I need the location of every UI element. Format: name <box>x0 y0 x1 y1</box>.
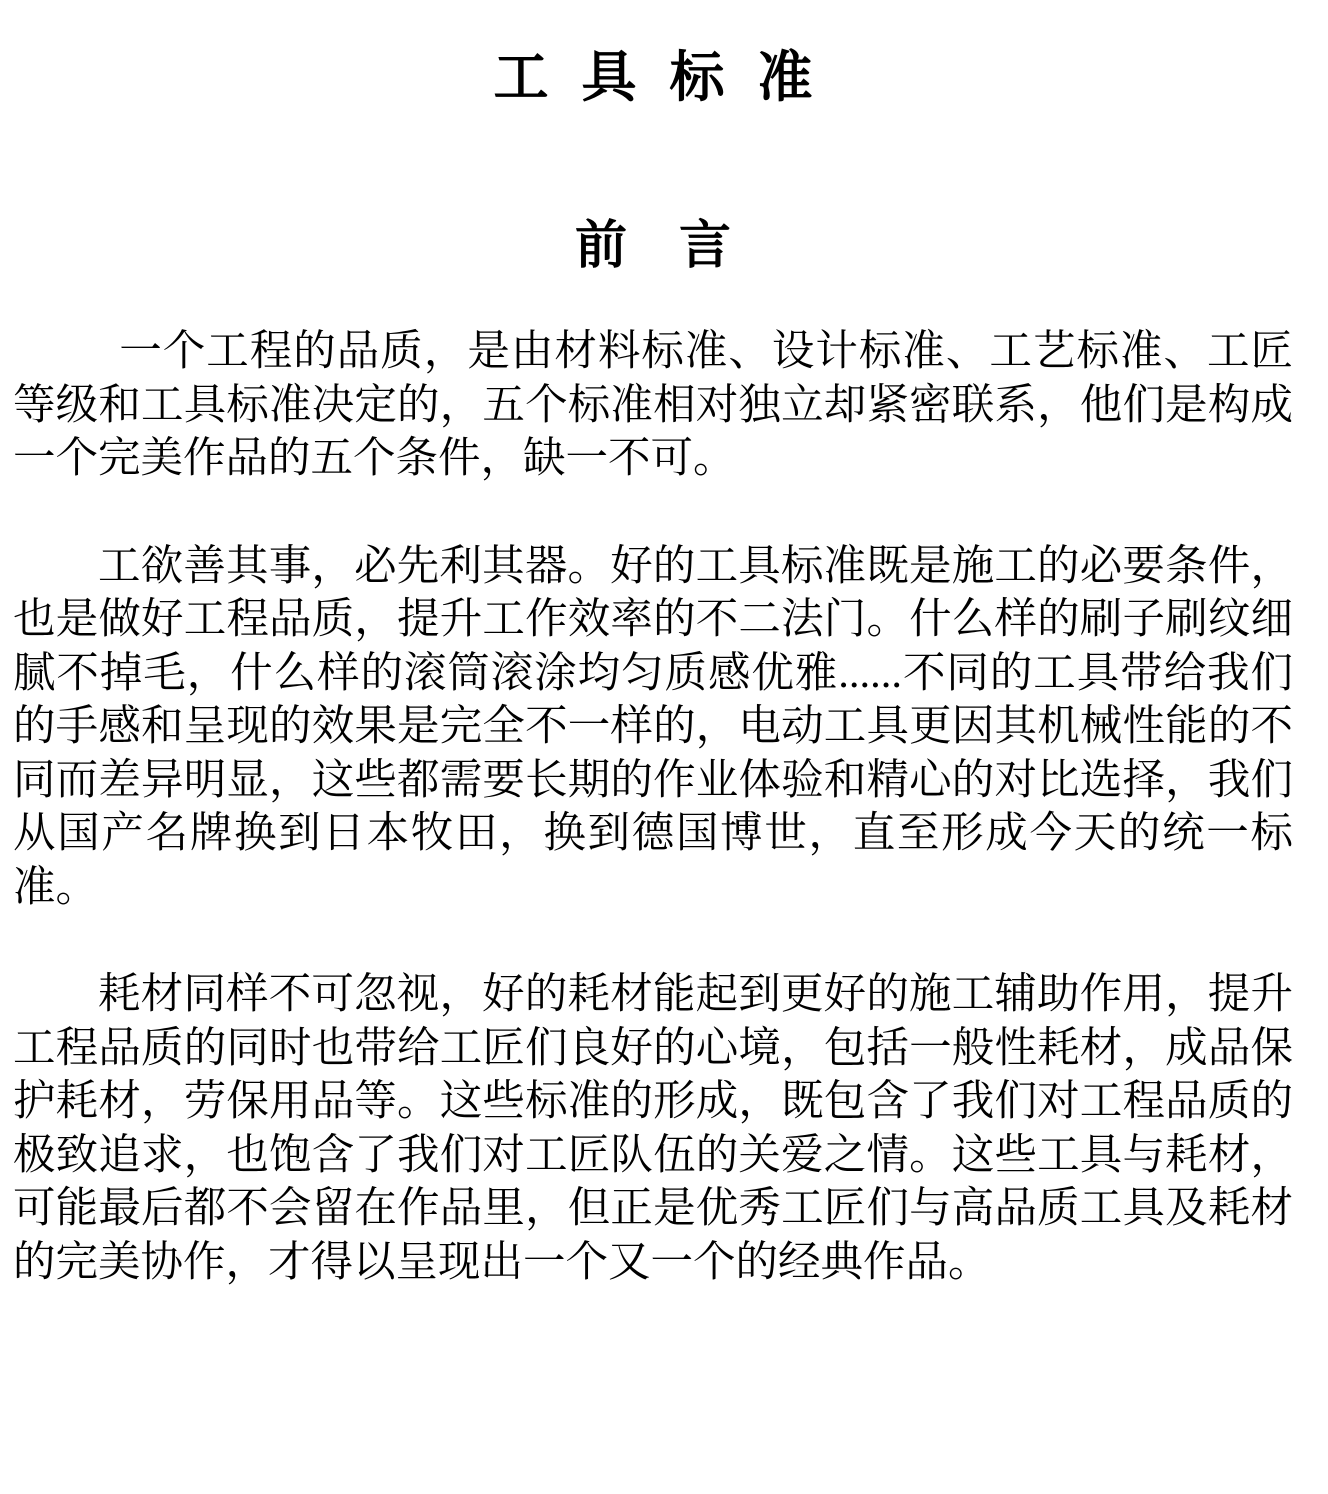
paragraph-3: 耗材同样不可忽视，好的耗材能起到更好的施工辅助作用，提升工程品质的同时也带给工匠… <box>13 968 1293 1289</box>
body-text: 一个工程的品质，是由材料标准、设计标准、工艺标准、工匠等级和工具标准决定的，五个… <box>13 325 1293 1289</box>
paragraph-2: 工欲善其事，必先利其器。好的工具标准既是施工的必要条件，也是做好工程品质，提升工… <box>13 540 1293 915</box>
page-title: 工 具 标 准 <box>13 46 1293 109</box>
document-page: 工 具 标 准 前 言 一个工程的品质，是由材料标准、设计标准、工艺标准、工匠等… <box>0 0 1328 1494</box>
section-heading-foreword: 前 言 <box>13 217 1293 277</box>
paragraph-1: 一个工程的品质，是由材料标准、设计标准、工艺标准、工匠等级和工具标准决定的，五个… <box>13 325 1293 486</box>
